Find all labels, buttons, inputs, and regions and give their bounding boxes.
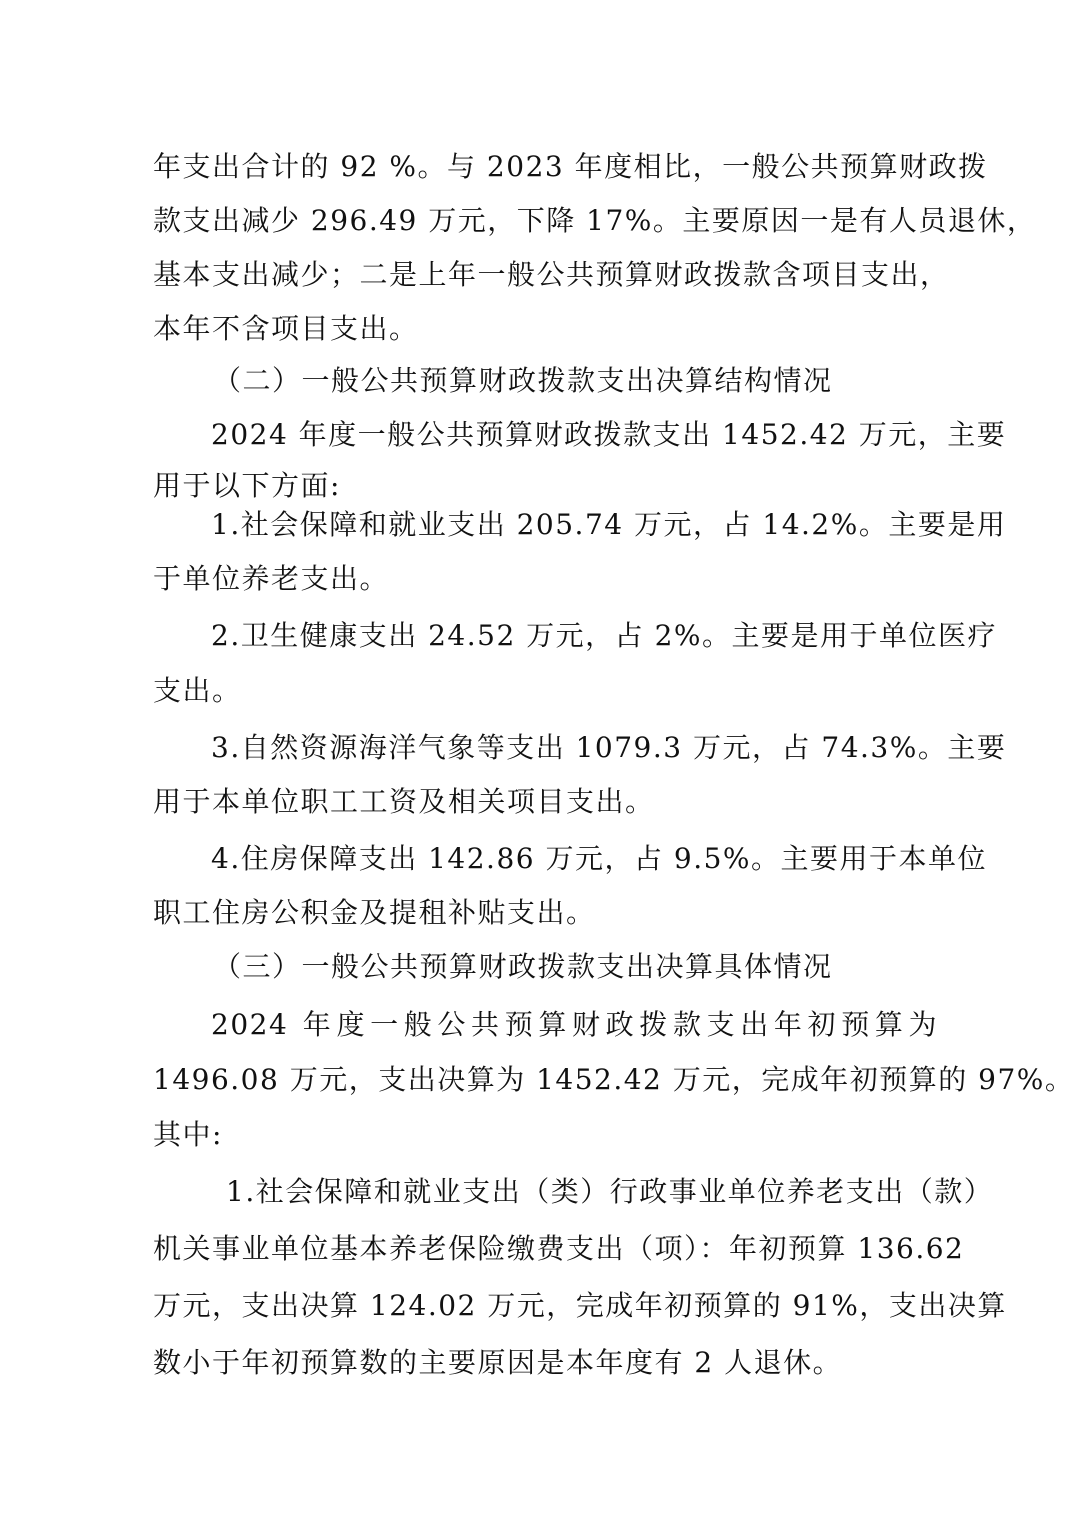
paragraph-line: 用于本单位职工工资及相关项目支出。 xyxy=(153,782,938,822)
paragraph-line: 机关事业单位基本养老保险缴费支出（项）：年初预算 136.62 xyxy=(153,1229,938,1269)
section-heading-structure: （二）一般公共预算财政拨款支出决算结构情况 xyxy=(213,361,938,401)
paragraph-line: 职工住房公积金及提租补贴支出。 xyxy=(153,893,938,933)
paragraph-line: 支出。 xyxy=(153,671,938,711)
paragraph-line: 基本支出减少；二是上年一般公共预算财政拨款含项目支出， xyxy=(153,255,938,295)
paragraph-line: 其中: xyxy=(153,1115,938,1155)
paragraph-line: 数小于年初预算数的主要原因是本年度有 2 人退休。 xyxy=(153,1343,938,1383)
list-item-social-security: 1.社会保障和就业支出 205.74 万元，占 14.2%。主要是用 xyxy=(211,505,938,545)
list-item-housing: 4.住房保障支出 142.86 万元，占 9.5%。主要用于本单位 xyxy=(211,839,938,879)
document-page: 年支出合计的 92 %。与 2023 年度相比，一般公共预算财政拨 款支出减少 … xyxy=(0,0,1075,1520)
paragraph-line: 2024 年度一般公共预算财政拨款支出年初预算为 xyxy=(211,1005,938,1045)
section-heading-details: （三）一般公共预算财政拨款支出决算具体情况 xyxy=(213,947,938,987)
paragraph-line: 用于以下方面: xyxy=(153,466,938,506)
paragraph-line: 2024 年度一般公共预算财政拨款支出 1452.42 万元，主要 xyxy=(211,415,938,455)
paragraph-line: 于单位养老支出。 xyxy=(153,559,938,599)
paragraph-line: 本年不含项目支出。 xyxy=(153,309,938,349)
paragraph-line: 款支出减少 296.49 万元，下降 17%。主要原因一是有人员退休， xyxy=(153,201,938,241)
detail-item-pension: 1.社会保障和就业支出（类）行政事业单位养老支出（款） xyxy=(226,1172,938,1212)
list-item-health: 2.卫生健康支出 24.52 万元，占 2%。主要是用于单位医疗 xyxy=(211,616,938,656)
list-item-natural-resources: 3.自然资源海洋气象等支出 1079.3 万元，占 74.3%。主要 xyxy=(211,728,938,768)
paragraph-line: 1496.08 万元，支出决算为 1452.42 万元，完成年初预算的 97%。 xyxy=(153,1060,938,1100)
paragraph-line: 年支出合计的 92 %。与 2023 年度相比，一般公共预算财政拨 xyxy=(153,147,938,187)
paragraph-line: 万元，支出决算 124.02 万元，完成年初预算的 91%，支出决算 xyxy=(153,1286,938,1326)
